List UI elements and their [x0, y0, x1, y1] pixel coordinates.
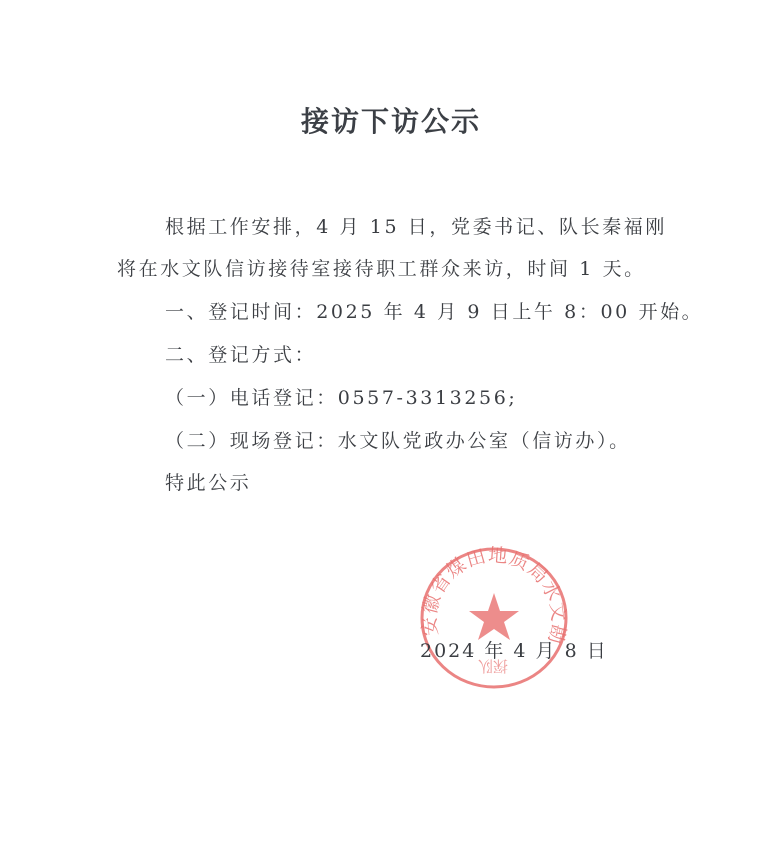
onsite-registration: （二）现场登记：水文队党政办公室（信访办）。 — [165, 426, 631, 453]
paragraph-line-2: 将在水文队信访接待室接待职工群众来访，时间 1 天。 — [117, 254, 646, 281]
closing-remark: 特此公示 — [165, 468, 251, 495]
document-title: 接访下访公示 — [0, 100, 782, 140]
registration-method-heading: 二、登记方式： — [165, 340, 316, 367]
official-seal-icon: 安徽省煤田地质局水文勘 探队 — [418, 545, 570, 691]
registration-time: 一、登记时间：2025 年 4 月 9 日上午 8：00 开始。 — [165, 297, 703, 324]
signature-date: 2024 年 4 月 8 日 — [420, 636, 608, 663]
phone-registration: （一）电话登记：0557-3313256; — [165, 383, 517, 410]
paragraph-line-1: 根据工作安排，4 月 15 日，党委书记、队长秦福刚 — [165, 212, 667, 239]
